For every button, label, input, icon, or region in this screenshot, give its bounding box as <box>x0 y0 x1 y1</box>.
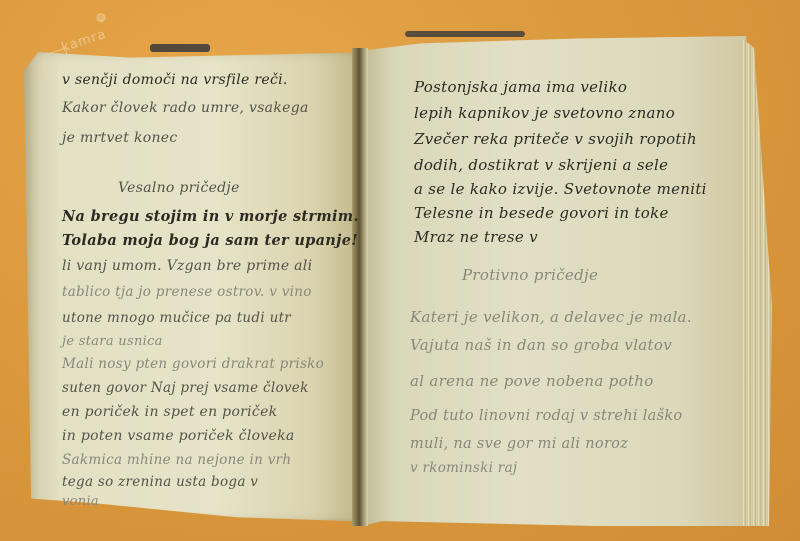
notebook-photo: v senčji domoči na vrsfile reči. Kakor č… <box>0 0 800 541</box>
handwritten-line: Mali nosy pten govori drakrat prisko <box>62 356 324 372</box>
handwritten-line: lepih kapnikov je svetovno znano <box>414 104 675 122</box>
handwritten-line: Zvečer reka priteče v svojih ropotih <box>414 130 697 148</box>
section-heading: Protivno pričedje <box>462 266 598 284</box>
handwritten-line: Mraz ne trese v <box>414 228 538 246</box>
handwritten-line: in poten vsame poriček človeka <box>62 428 295 444</box>
handwritten-line: a se le kako izvije. Svetovnote meniti <box>414 180 707 198</box>
handwritten-line: Kateri je velikon, a delavec je mala. <box>410 308 692 326</box>
handwritten-line: Na bregu stojim in v morje strmim. <box>62 208 359 225</box>
handwritten-line: suten govor Naj prej vsame človek <box>62 380 309 396</box>
handwritten-line: Postonjska jama ima veliko <box>414 78 627 96</box>
handwritten-line: li vanj umom. Vzgan bre prime ali <box>62 258 312 274</box>
handwritten-line: tablico tja jo prenese ostrov. v vino <box>62 284 312 300</box>
handwritten-line: Sakmica mhine na nejone in vrh <box>62 452 291 468</box>
handwritten-line: Tolaba moja bog ja sam ter upanje! <box>62 232 358 249</box>
book-spine <box>352 48 368 526</box>
binding-strip <box>150 44 210 52</box>
registered-icon: ® <box>95 12 106 23</box>
handwritten-line: Pod tuto linovni rodaj v strehi laško <box>410 408 682 424</box>
handwritten-line: Kakor človek rado umre, vsakega <box>62 100 309 116</box>
handwritten-line: je stara usnica <box>62 334 163 349</box>
handwritten-line: vonia <box>62 494 99 509</box>
handwritten-line: utone mnogo mučice pa tudi utr <box>62 310 291 326</box>
handwritten-line: muli, na sve gor mi ali noroz <box>410 436 628 452</box>
handwritten-line: en poriček in spet en poriček <box>62 404 277 420</box>
watermark-text: kamra <box>60 27 109 56</box>
binding-strip <box>405 31 525 37</box>
page-edges <box>742 38 772 526</box>
handwritten-line: al arena ne pove nobena potho <box>410 372 654 390</box>
handwritten-line: Vajuta naš in dan so groba vlatov <box>410 336 672 354</box>
handwritten-line: tega so zrenina usta boga v <box>62 474 258 490</box>
handwritten-line: v rkominski raj <box>410 460 517 476</box>
handwritten-line: Telesne in besede govori in toke <box>414 204 669 222</box>
handwritten-line: je mrtvet konec <box>62 130 178 146</box>
handwritten-line: dodih, dostikrat v skrijeni a sele <box>414 156 668 174</box>
section-heading: Vesalno pričedje <box>118 180 240 196</box>
